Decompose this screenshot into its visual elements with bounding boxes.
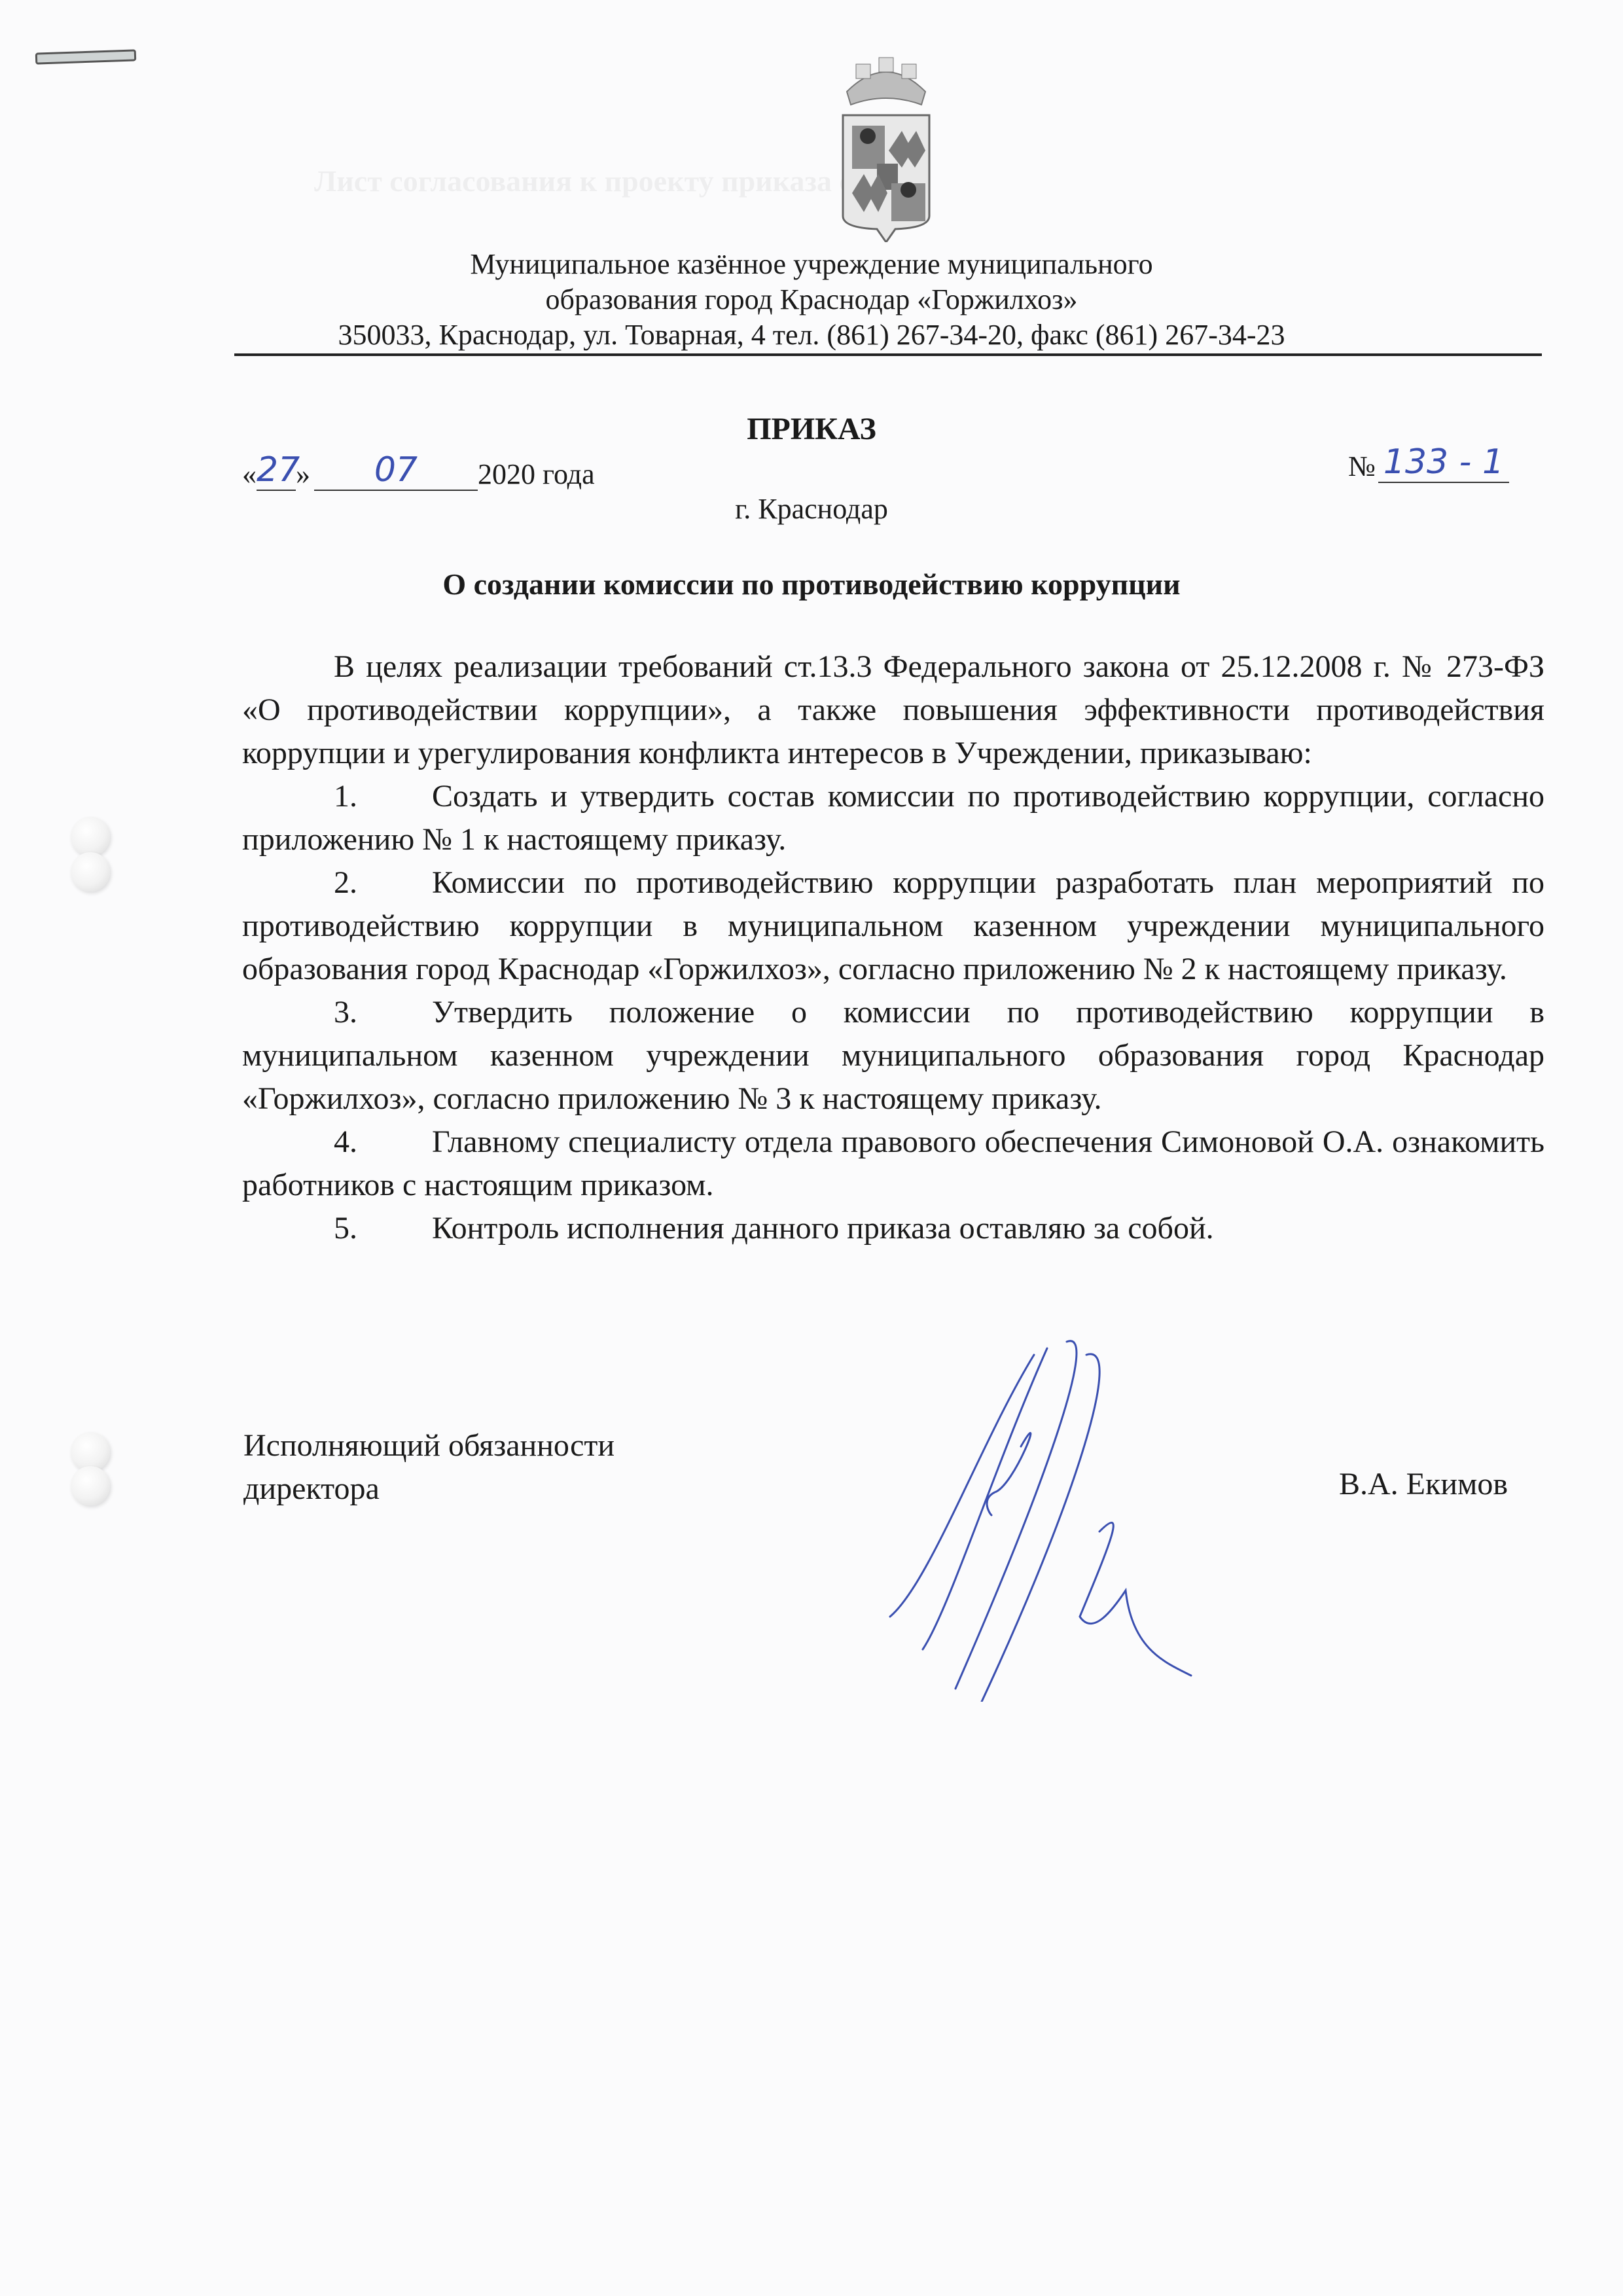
position-line-2: директора [243,1467,615,1511]
punch-hole [71,1432,110,1471]
date-day: 27 [257,450,296,491]
order-item: 3.Утвердить положение о комиссии по прот… [242,991,1544,1121]
item-text: Комиссии по противодействию коррупции ра… [242,865,1544,986]
number-value: 133 - 1 [1378,442,1509,483]
item-text: Главному специалисту отдела правового об… [242,1124,1544,1202]
item-text: Утвердить положение о комиссии по против… [242,995,1544,1116]
item-text: Создать и утвердить состав комиссии по п… [242,779,1544,857]
document-city: г. Краснодар [0,492,1623,526]
item-number: 3. [334,991,432,1034]
staple-mark [35,49,137,64]
item-number: 1. [334,775,432,818]
number-sign: № [1348,450,1376,483]
handwritten-signature-icon [851,1335,1309,1702]
org-name-line-1: Муниципальное казённое учреждение муници… [0,247,1623,281]
order-item: 2.Комиссии по противодействию коррупции … [242,861,1544,991]
date-month: 07 [314,450,478,491]
date-open-quote: « [242,457,257,491]
position-line-1: Исполняющий обязанности [243,1424,615,1467]
letterhead-divider [234,353,1542,356]
bleed-through-text: Лист согласования к проекту приказа от [314,164,868,198]
order-item: 4.Главному специалисту отдела правового … [242,1121,1544,1207]
org-address-line: 350033, Краснодар, ул. Товарная, 4 тел. … [0,318,1623,351]
preamble-paragraph: В целях реализации требований ст.13.3 Фе… [242,645,1544,775]
order-item: 5.Контроль исполнения данного приказа ос… [242,1207,1544,1250]
document-subject: О создании комиссии по противодействию к… [0,567,1623,601]
document-date: « 27 » 07 2020 года [242,450,595,491]
document-type-title: ПРИКАЗ [0,411,1623,447]
item-number: 4. [334,1121,432,1164]
item-number: 5. [334,1207,432,1250]
signatory-name: В.А. Екимов [1339,1466,1508,1502]
punch-hole [71,817,110,856]
krasnodar-coat-of-arms-icon [830,52,942,242]
order-item: 1.Создать и утвердить состав комиссии по… [242,775,1544,861]
signatory-position: Исполняющий обязанности директора [243,1424,615,1511]
document-body: В целях реализации требований ст.13.3 Фе… [242,645,1544,1250]
org-name-line-2: образования город Краснодар «Горжилхоз» [0,283,1623,316]
date-close-quote: » [296,457,310,491]
punch-hole [71,1466,110,1505]
item-number: 2. [334,861,432,905]
punch-hole [71,852,110,891]
item-text: Контроль исполнения данного приказа оста… [432,1211,1214,1246]
date-year: 2020 года [478,457,595,491]
document-number: № 133 - 1 [1348,442,1509,483]
scanned-document-page: Лист согласования к проекту приказа от М… [0,0,1623,2296]
